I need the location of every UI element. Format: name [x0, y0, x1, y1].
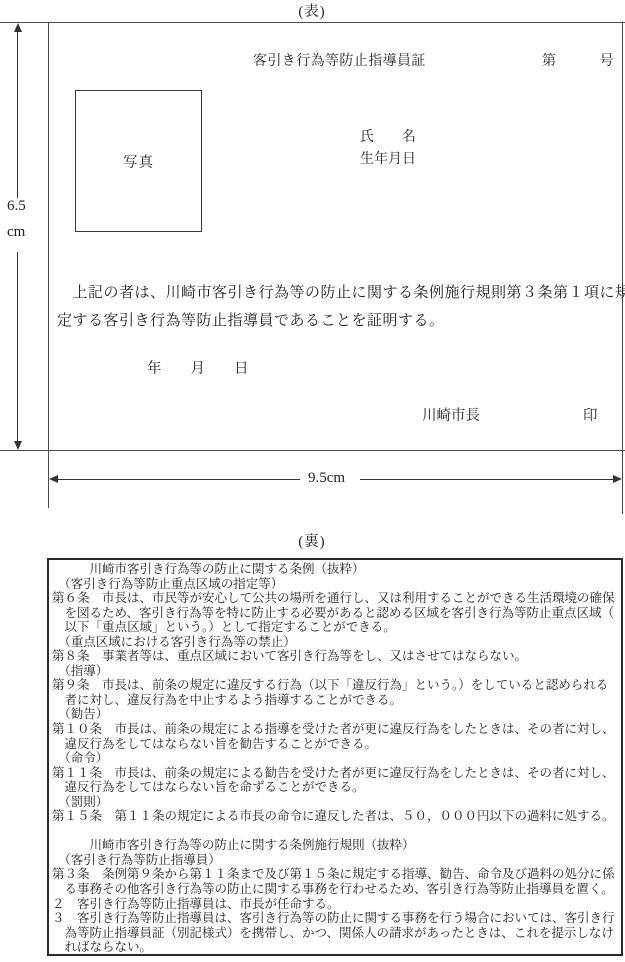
back-text-line: 以下「重点区域」という。）として指定することができる。 — [52, 620, 618, 635]
photo-box: 写真 — [75, 90, 202, 232]
back-text-line: 第１０条 市長は、前条の規定による指導を受けた者が更に違反行為をしたときは、その… — [52, 722, 618, 737]
front-card-right-border — [622, 22, 623, 514]
front-card-bottom-border — [0, 450, 625, 451]
back-text-line: 違反行為をしてはならない旨を勧告することができる。 — [52, 737, 618, 752]
back-text-line: 為等防止指導員証（別記様式）を携帯し、かつ、関係人の請求があったときは、これを提… — [52, 926, 618, 941]
photo-placeholder-label: 写真 — [123, 151, 154, 172]
arrow-left-icon — [49, 475, 58, 483]
back-text-line: 第６条 市長は、市民等が安心して公共の場所を通行し、又は利用することができる生活… — [52, 591, 618, 606]
back-text-line: ればならない。 — [52, 940, 618, 955]
mayor-label: 川崎市長 — [422, 404, 480, 425]
back-text-line: 第３条 条例第９条から第１１条まで及び第１５条に規定する指導、勧告、命令及び過料… — [52, 867, 618, 882]
back-text-line: 者に対し、違反行為を中止するよう指導することができる。 — [52, 693, 618, 708]
back-text-line: 第１１条 市長は、前条の規定による勧告を受けた者が更に違反行為をしたときは、その… — [52, 766, 618, 781]
certification-statement-line2: 定する客引き行為等防止指導員であることを証明する。 — [57, 309, 445, 330]
name-field-label: 氏 名 — [360, 126, 416, 146]
arrow-right-icon — [613, 475, 622, 483]
back-card-ordinance-box: 川崎市客引き行為等の防止に関する条例（抜粋） （客引き行為等防止重点区域の指定等… — [47, 558, 623, 956]
width-dimension-line-left — [58, 479, 300, 480]
back-text-line: （指導） — [52, 664, 618, 679]
back-text-line: 川崎市客引き行為等の防止に関する条例施行規則（抜粋） — [52, 838, 618, 853]
back-text-line: 第９条 市長は、前条の規定に違反する行為（以下「違反行為」という。）をしていると… — [52, 678, 618, 693]
back-text-line: （罰則） — [52, 795, 618, 810]
back-text-line: ２ 客引き行為等防止指導員は、市長が任命する。 — [52, 897, 618, 912]
height-dimension-line-bottom — [17, 252, 18, 442]
back-text-line: 川崎市客引き行為等の防止に関する条例（抜粋） — [52, 562, 618, 577]
back-text-line: 第１５条 第１１条の規定による市長の命令に違反した者は、５０，０００円以下の過料… — [52, 809, 618, 824]
back-text-line: 第８条 事業者等は、重点区域において客引き行為等をし、又はさせてはならない。 — [52, 649, 618, 664]
front-side-label: (表) — [298, 0, 325, 21]
certificate-number-field: 第 号 — [542, 50, 614, 70]
back-text-line: （客引き行為等防止重点区域の指定等） — [52, 577, 618, 592]
height-dimension-line-top — [17, 31, 18, 198]
certification-statement-line1: 上記の者は、川崎市客引き行為等の防止に関する条例施行規則第３条第１項に規 — [57, 281, 625, 302]
arrow-down-icon — [14, 441, 22, 450]
back-text-line — [52, 824, 618, 839]
height-dimension-unit: cm — [7, 224, 25, 241]
back-text-line: （命令） — [52, 751, 618, 766]
back-text-line: （重点区域における客引き行為等の禁止） — [52, 635, 618, 650]
back-text-line: る事務その他客引き行為等の防止に関する事務を行わせるため、客引き行為等防止指導員… — [52, 882, 618, 897]
front-card-left-border — [48, 22, 49, 508]
birthdate-field-label: 生年月日 — [360, 148, 416, 168]
date-field: 年 月 日 — [147, 357, 249, 378]
back-side-label: (裏) — [298, 530, 325, 551]
arrow-up-icon — [14, 23, 22, 32]
back-text-line: を図るため、客引き行為等を特に防止する必要があると認める区域を客引き行為等防止重… — [52, 606, 618, 621]
height-dimension-value: 6.5 — [7, 198, 26, 215]
back-text-line: （客引き行為等防止指導員） — [52, 853, 618, 868]
back-text-line: （勧告） — [52, 707, 618, 722]
seal-placeholder-label: 印 — [583, 404, 598, 425]
front-card-top-border — [0, 22, 625, 23]
back-text-line: ３ 客引き行為等防止指導員は、客引き行為等の防止に関する事務を行う場合においては… — [52, 911, 618, 926]
width-dimension-line-right — [360, 479, 613, 480]
width-dimension-value: 9.5cm — [308, 470, 345, 487]
document-page: (表) 6.5 cm 9.5cm 客引き行為等防止指導員証 第 号 写真 氏 名… — [0, 0, 625, 962]
card-title: 客引き行為等防止指導員証 — [253, 50, 426, 70]
back-text-line: 違反行為をしてはならない旨を命ずることができる。 — [52, 780, 618, 795]
